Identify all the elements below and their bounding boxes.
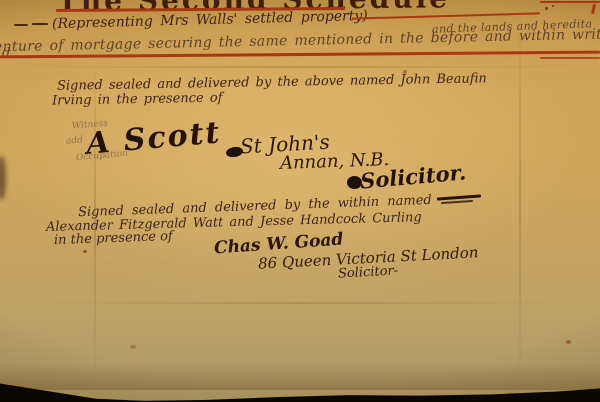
- red-dot: [545, 7, 548, 10]
- corner-red-tick: [591, 4, 596, 14]
- pencil-note-address: add: [66, 136, 84, 147]
- line-fragment: d: [2, 47, 10, 61]
- red-dot: [552, 5, 554, 7]
- attestation1-line2: Irving in the presence of: [52, 92, 223, 109]
- attestation1-line1: Signed sealed and delivered by the above…: [57, 72, 487, 94]
- red-speck: [403, 70, 407, 74]
- top-right-red-rule: [540, 1, 600, 3]
- deed-photograph: The Second Schedule (Representing Mrs Wa…: [0, 0, 600, 402]
- horizontal-crease: [40, 302, 560, 304]
- subtitle-dash: [32, 23, 48, 25]
- subtitle-dash: [14, 24, 28, 26]
- left-edge-smudge: [0, 156, 6, 200]
- secondary-red-rule: [540, 57, 600, 59]
- horizontal-crease: [0, 66, 600, 68]
- red-speck: [83, 250, 87, 253]
- witness2-role: Solicitor-: [338, 264, 399, 281]
- stain-speck: [130, 345, 136, 349]
- solicitor-underline: [441, 200, 473, 204]
- vertical-crease: [519, 0, 521, 395]
- bottom-edge-shadow: [0, 362, 600, 390]
- parchment-sheet: The Second Schedule (Representing Mrs Wa…: [0, 0, 600, 402]
- attestation2-line3: in the presence of: [54, 230, 173, 248]
- red-speck: [566, 340, 571, 344]
- solicitor-underline: [437, 194, 481, 200]
